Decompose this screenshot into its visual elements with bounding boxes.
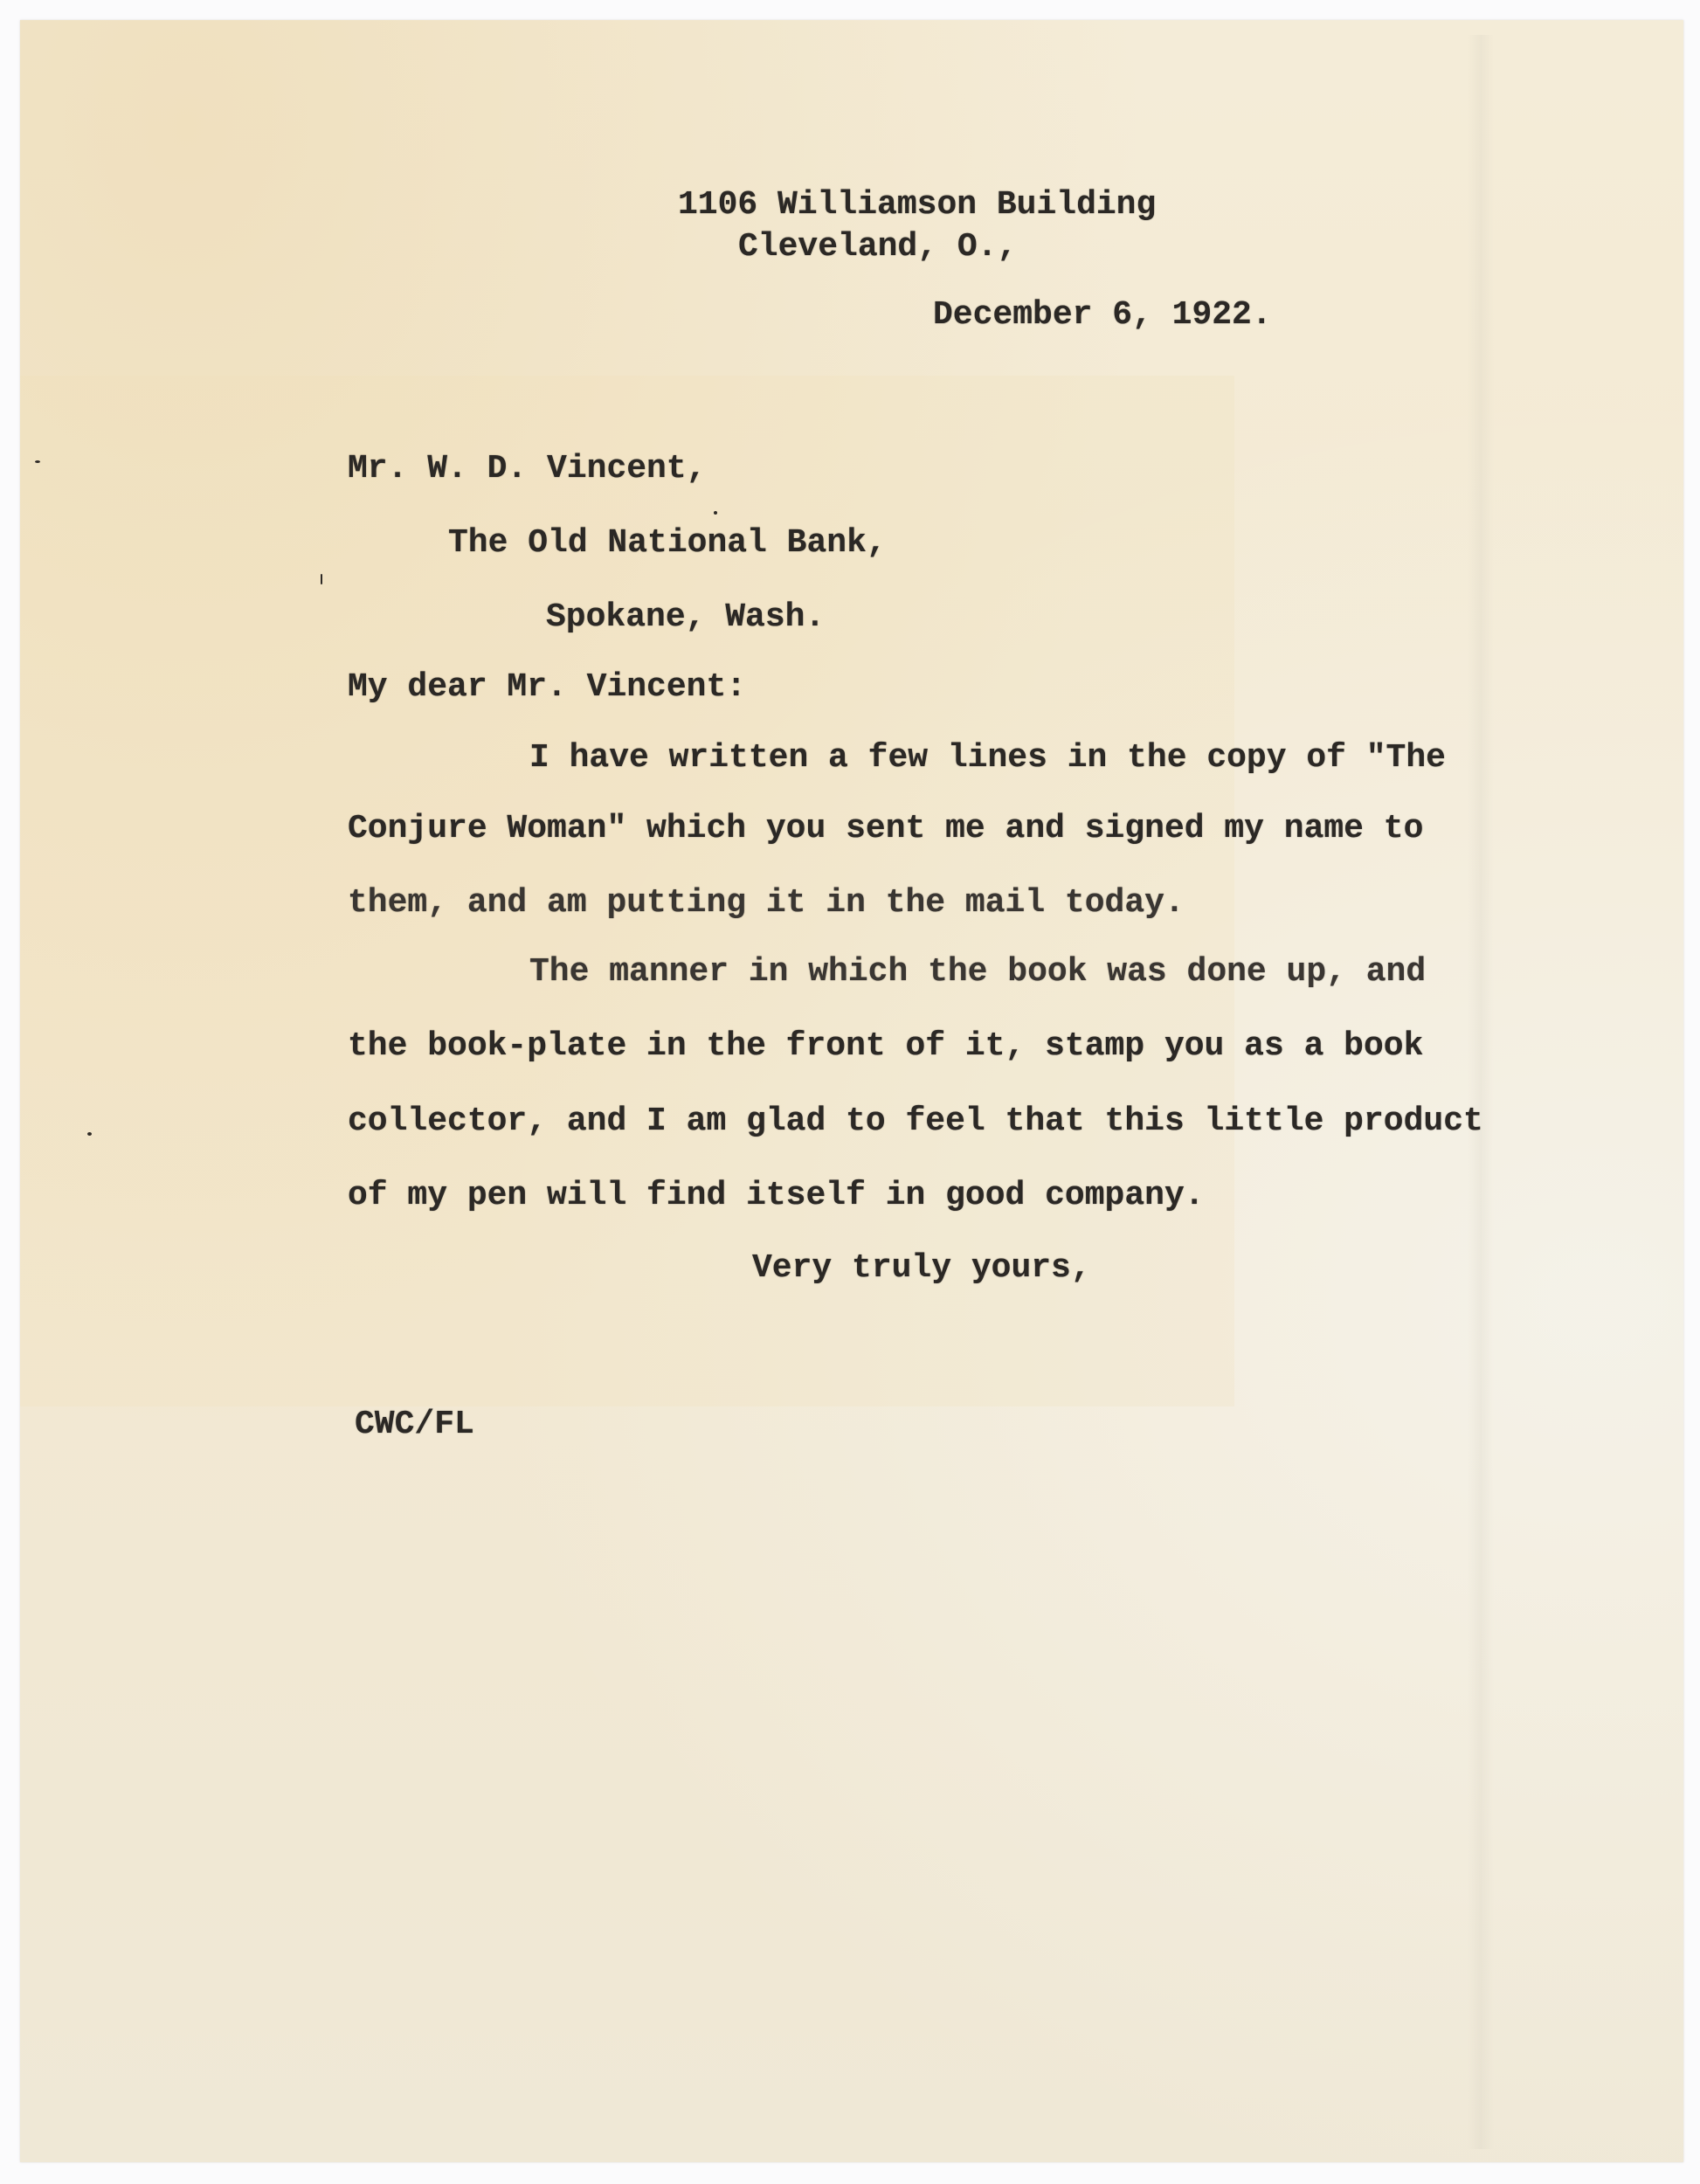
letterhead-address-line1: 1106 Williamson Building (678, 189, 1156, 222)
body-paragraph2-line4: of my pen will find itself in good compa… (348, 1179, 1205, 1213)
body-paragraph2-line1: The manner in which the book was done up… (529, 956, 1426, 989)
letterhead-address-line2: Cleveland, O., (738, 231, 1017, 264)
reference-initials: CWC/FL (355, 1408, 474, 1441)
paper-fold-shadow (1468, 35, 1494, 2149)
paper-speck (35, 460, 40, 463)
letter-date: December 6, 1922. (933, 299, 1272, 332)
closing: Very truly yours, (752, 1252, 1091, 1285)
paper-speck (714, 511, 717, 515)
body-paragraph1-line2: Conjure Woman" which you sent me and sig… (348, 812, 1423, 846)
paper-speck (321, 574, 322, 584)
recipient-organization: The Old National Bank, (448, 527, 887, 560)
paper-speck (87, 1132, 92, 1136)
recipient-city: Spokane, Wash. (546, 601, 825, 634)
recipient-name: Mr. W. D. Vincent, (348, 453, 706, 486)
body-paragraph1-line1: I have written a few lines in the copy o… (529, 742, 1446, 775)
body-paragraph1-line3: them, and am putting it in the mail toda… (348, 887, 1185, 920)
body-paragraph2-line2: the book-plate in the front of it, stamp… (348, 1030, 1423, 1063)
salutation: My dear Mr. Vincent: (348, 671, 746, 704)
body-paragraph2-line3: collector, and I am glad to feel that th… (348, 1105, 1483, 1138)
